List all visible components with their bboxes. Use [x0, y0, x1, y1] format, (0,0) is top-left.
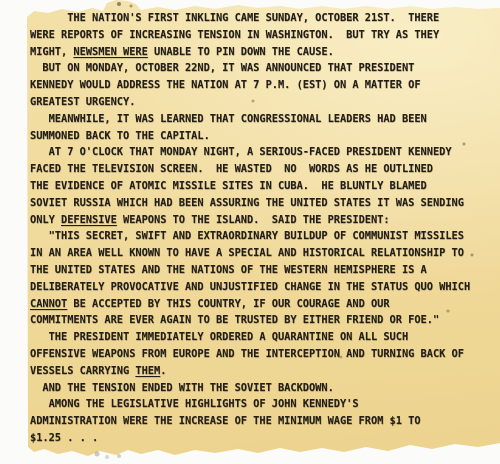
text-segment: VESSELS CARRYING	[30, 365, 135, 377]
text-segment: WEAPONS TO THE ISLAND. SAID THE PRESIDEN…	[117, 214, 390, 226]
text-line: OFFENSIVE WEAPONS FROM EUROPE AND THE IN…	[30, 346, 492, 363]
text-segment: DELIBERATELY PROVOCATIVE AND UNJUSTIFIED…	[30, 281, 470, 293]
text-line: IN AN AREA WELL KNOWN TO HAVE A SPECIAL …	[30, 245, 492, 262]
text-segment: THE NATION'S FIRST INKLING CAME SUNDAY, …	[30, 12, 439, 24]
underlined-text: DEFENSIVE	[61, 214, 117, 226]
text-line: ONLY DEFENSIVE WEAPONS TO THE ISLAND. SA…	[30, 212, 492, 229]
text-segment: ADMINISTRATION WERE THE INCREASE OF THE …	[30, 415, 421, 427]
text-segment: "THIS SECRET, SWIFT AND EXTRAORDINARY BU…	[30, 230, 464, 242]
ink-specks	[0, 0, 2, 2]
underlined-text: NEWSMEN WERE	[73, 46, 147, 58]
text-line: KENNEDY WOULD ADDRESS THE NATION AT 7 P.…	[30, 77, 492, 94]
text-segment: SUMMONED BACK TO THE CAPITAL.	[30, 130, 210, 142]
text-segment: IN AN AREA WELL KNOWN TO HAVE A SPECIAL …	[30, 247, 464, 259]
text-segment: COMMITMENTS ARE EVER AGAIN TO BE TRUSTED…	[30, 314, 439, 326]
text-segment: GREATEST URGENCY.	[30, 96, 135, 108]
text-segment: OFFENSIVE WEAPONS FROM EUROPE AND THE IN…	[30, 348, 464, 360]
text-line: $1.25 . . .	[30, 430, 492, 447]
text-line: MEANWHILE, IT WAS LEARNED THAT CONGRESSI…	[30, 111, 492, 128]
text-segment: AND THE TENSION ENDED WITH THE SOVIET BA…	[30, 382, 334, 394]
underlined-text: THEM	[135, 365, 160, 377]
text-line: COMMITMENTS ARE EVER AGAIN TO BE TRUSTED…	[30, 312, 492, 329]
text-segment: THE PRESIDENT IMMEDIATELY ORDERED A QUAR…	[30, 331, 408, 343]
text-line: SOVIET RUSSIA WHICH HAD BEEN ASSURING TH…	[30, 195, 492, 212]
text-segment: MEANWHILE, IT WAS LEARNED THAT CONGRESSI…	[30, 113, 427, 125]
text-line: MIGHT, NEWSMEN WERE UNABLE TO PIN DOWN T…	[30, 44, 492, 61]
document-lines: THE NATION'S FIRST INKLING CAME SUNDAY, …	[30, 10, 492, 447]
text-line: SUMMONED BACK TO THE CAPITAL.	[30, 128, 492, 145]
text-line: AMONG THE LEGISLATIVE HIGHLIGHTS OF JOHN…	[30, 396, 492, 413]
text-segment: .	[160, 365, 166, 377]
text-segment: ONLY	[30, 214, 61, 226]
text-segment: AMONG THE LEGISLATIVE HIGHLIGHTS OF JOHN…	[30, 398, 359, 410]
text-line: AND THE TENSION ENDED WITH THE SOVIET BA…	[30, 380, 492, 397]
text-line: GREATEST URGENCY.	[30, 94, 492, 111]
text-line: DELIBERATELY PROVOCATIVE AND UNJUSTIFIED…	[30, 279, 492, 296]
text-line: "THIS SECRET, SWIFT AND EXTRAORDINARY BU…	[30, 228, 492, 245]
text-segment: BE ACCEPTED BY THIS COUNTRY, IF OUR COUR…	[67, 298, 389, 310]
underlined-text: CANNOT	[30, 298, 67, 310]
text-segment: THE EVIDENCE OF ATOMIC MISSILE SITES IN …	[30, 180, 427, 192]
text-segment: KENNEDY WOULD ADDRESS THE NATION AT 7 P.…	[30, 79, 421, 91]
text-line: THE UNITED STATES AND THE NATIONS OF THE…	[30, 262, 492, 279]
text-segment: BUT ON MONDAY, OCTOBER 22ND, IT WAS ANNO…	[30, 62, 414, 74]
text-segment: $1.25 . . .	[30, 432, 98, 444]
text-line: WERE REPORTS OF INCREASING TENSION IN WA…	[30, 27, 492, 44]
text-segment: UNABLE TO PIN DOWN THE CAUSE.	[148, 46, 334, 58]
text-line: AT 7 O'CLOCK THAT MONDAY NIGHT, A SERIOU…	[30, 144, 492, 161]
text-segment: AT 7 O'CLOCK THAT MONDAY NIGHT, A SERIOU…	[30, 146, 452, 158]
text-line: ADMINISTRATION WERE THE INCREASE OF THE …	[30, 413, 492, 430]
text-line: VESSELS CARRYING THEM.	[30, 363, 492, 380]
text-line: THE PRESIDENT IMMEDIATELY ORDERED A QUAR…	[30, 329, 492, 346]
text-line: THE NATION'S FIRST INKLING CAME SUNDAY, …	[30, 10, 492, 27]
text-line: CANNOT BE ACCEPTED BY THIS COUNTRY, IF O…	[30, 296, 492, 313]
scanned-document-view: THE NATION'S FIRST INKLING CAME SUNDAY, …	[0, 0, 500, 464]
text-line: FACED THE TELEVISION SCREEN. HE WASTED N…	[30, 161, 492, 178]
text-segment: MIGHT,	[30, 46, 73, 58]
text-line: THE EVIDENCE OF ATOMIC MISSILE SITES IN …	[30, 178, 492, 195]
text-line: BUT ON MONDAY, OCTOBER 22ND, IT WAS ANNO…	[30, 60, 492, 77]
text-segment: FACED THE TELEVISION SCREEN. HE WASTED N…	[30, 163, 433, 175]
text-segment: WERE REPORTS OF INCREASING TENSION IN WA…	[30, 29, 439, 41]
text-segment: SOVIET RUSSIA WHICH HAD BEEN ASSURING TH…	[30, 197, 464, 209]
text-segment: THE UNITED STATES AND THE NATIONS OF THE…	[30, 264, 427, 276]
